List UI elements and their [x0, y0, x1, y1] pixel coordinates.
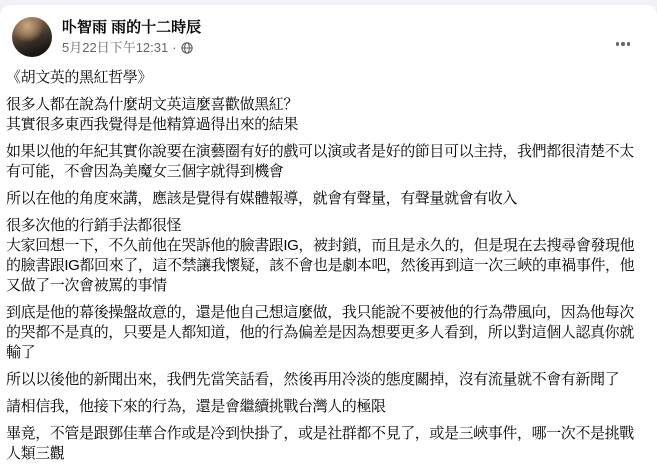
post-header-meta: 卟智雨 雨的十二時辰 5月22日下午12:31 · [62, 17, 201, 56]
post-text: 《胡文英的黑紅哲學》很多人都在說為什麼胡文英這麼喜歡做黑紅？ 其實很多東西我覺得… [0, 68, 657, 464]
author-name-link[interactable]: 卟智雨 雨的十二時辰 [62, 19, 201, 36]
post-paragraph: 畢竟，不管是跟鄧佳華合作或是冷到快掛了，或是社群都不見了，或是三峽事件，哪一次不… [6, 424, 637, 464]
post-paragraph: 所以在他的角度來講，應該是覺得有媒體報導，就會有聲量，有聲量就會有收入 [6, 189, 637, 209]
page-background: { "post": { "author": "卟智雨 雨的十二時辰", "tim… [0, 0, 657, 467]
post-paragraph: 《胡文英的黑紅哲學》 [6, 68, 637, 88]
post-paragraph: 所以以後他的新聞出來，我們先當笑話看，然後再用冷淡的態度關掉，沒有流量就不會有新… [6, 370, 637, 390]
post-paragraph: 到底是他的幕後操盤故意的，還是他自己想這麼做，我只能說不要被他的行為帶風向，因為… [6, 303, 637, 363]
post-paragraph: 請相信我，他接下來的行為，還是會繼續挑戰台灣人的極限 [6, 397, 637, 417]
post-header: 卟智雨 雨的十二時辰 5月22日下午12:31 · [0, 17, 657, 57]
post-paragraph: 如果以他的年紀其實你說要在演藝圈有好的戲可以演或者是好的節目可以主持，我們都很清… [6, 142, 637, 182]
post-timestamp[interactable]: 5月22日下午12:31 [62, 40, 168, 56]
post-card: 卟智雨 雨的十二時辰 5月22日下午12:31 · 《胡文英的黑紅哲學》很多人都… [0, 5, 657, 467]
ellipsis-icon [627, 42, 631, 46]
post-paragraph: 很多人都在說為什麼胡文英這麼喜歡做黑紅？ 其實很多東西我覺得是他精算過得出來的結… [6, 95, 637, 135]
post-paragraph: 很多次他的行銷手法都很怪 大家回想一下，不久前他在哭訴他的臉書跟IG，被封鎖，而… [6, 216, 637, 296]
more-options-button[interactable] [609, 30, 637, 58]
timestamp-separator: · [172, 40, 176, 56]
ellipsis-icon [621, 42, 625, 46]
post-timestamp-row[interactable]: 5月22日下午12:31 · [62, 40, 201, 56]
globe-public-icon [181, 42, 193, 54]
profile-avatar[interactable] [12, 17, 52, 57]
ellipsis-icon [616, 42, 620, 46]
